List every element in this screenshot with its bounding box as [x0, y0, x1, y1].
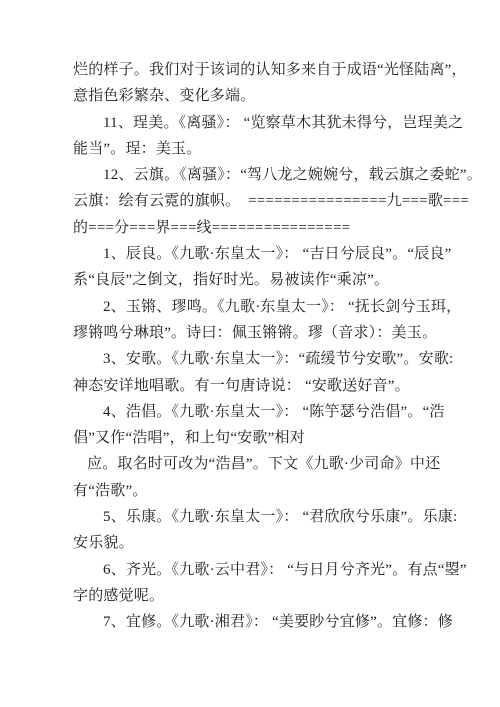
text-line: 字的感觉呢。 — [73, 583, 473, 609]
text-line: 云旗：绘有云霓的旗帜。 ================九===歌=== — [73, 188, 473, 214]
text-line: 神态安详地唱歌。有一句唐诗说： “安歌送好音”。 — [73, 373, 473, 399]
text-line: 2、玉锵、璆鸣。《九歌·东皇太一》： “抚长剑兮玉珥， — [73, 294, 473, 320]
text-line: 11、珵美。《离骚》： “览察草木其犹未得兮，岂珵美之 — [73, 110, 473, 136]
document-page: 烂的样子。我们对于该词的认知多来自于成语“光怪陆离”，意指色彩繁杂、变化多端。1… — [0, 0, 500, 707]
text-line: 3、安歌。《九歌·东皇太一》：“疏缓节兮安歌”。安歌: — [73, 346, 473, 372]
text-line: 能当”。珵：美玉。 — [73, 136, 473, 162]
text-line: 有“浩歌”。 — [73, 478, 473, 504]
text-line: 倡”又作“浩唱”，和上句“安歌”相对 — [73, 425, 473, 451]
text-line: 1、辰良。《九歌·东皇太一》： “吉日兮辰良”。“辰良” — [73, 241, 473, 267]
text-line: 系“良辰”之倒文，指好时光。易被读作“乘凉”。 — [73, 267, 473, 293]
text-line: 7、宜修。《九歌·湘君》： “美要眇兮宜修”。宜修：修 — [73, 609, 473, 635]
document-body: 烂的样子。我们对于该词的认知多来自于成语“光怪陆离”，意指色彩繁杂、变化多端。1… — [73, 57, 473, 636]
text-line: 烂的样子。我们对于该词的认知多来自于成语“光怪陆离”， — [73, 57, 473, 83]
text-line: 4、浩倡。《九歌·东皇太一》： “陈竽瑟兮浩倡”。“浩 — [73, 399, 473, 425]
text-line: 璆锵鸣兮琳琅”。诗曰：佩玉锵锵。璆（音求）：美玉。 — [73, 320, 473, 346]
text-line: 意指色彩繁杂、变化多端。 — [73, 83, 473, 109]
text-line: 5、乐康。《九歌·东皇太一》： “君欣欣兮乐康”。乐康: — [73, 504, 473, 530]
text-line: 的===分===界===线================ — [73, 215, 473, 241]
text-line: 6、齐光。《九歌·云中君》： “与日月兮齐光”。有点“曌” — [73, 557, 473, 583]
text-line: 12、云旗。《离骚》：“驾八龙之婉婉兮，载云旗之委蛇”。 — [73, 162, 473, 188]
text-line: 安乐貌。 — [73, 530, 473, 556]
text-line: 应。取名时可改为“浩昌”。下文《九歌·少司命》中还 — [73, 451, 473, 477]
